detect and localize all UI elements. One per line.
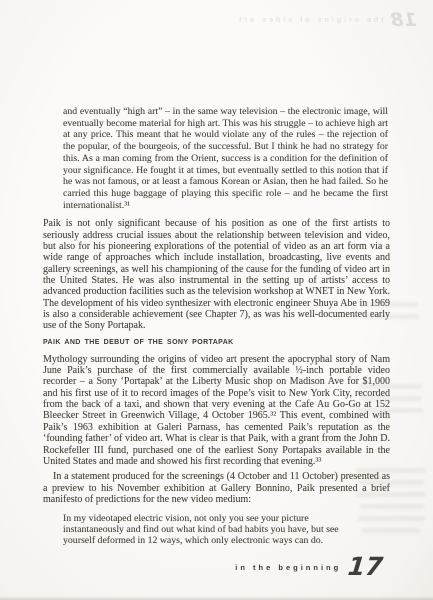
bleedthrough-line <box>357 516 425 521</box>
bleedthrough-line <box>360 396 422 401</box>
bleedthrough-line <box>356 492 426 497</box>
bleedthrough-line <box>360 504 424 509</box>
bleedthrough-line <box>362 314 420 319</box>
bleedthrough-line <box>358 480 424 485</box>
bleedthrough-line <box>358 384 422 389</box>
bleedthrough-line <box>366 302 418 307</box>
paragraph-paik-significance: Paik is not only significant because of … <box>43 218 390 331</box>
bleedthrough-line <box>356 468 426 473</box>
paragraph-portapak-mythology: Mythology surrounding the origins of vid… <box>43 354 390 467</box>
paragraph-screening-statement: In a statement produced for the screenin… <box>43 471 390 505</box>
bleedthrough-line <box>362 528 420 533</box>
bleedthrough-line <box>357 408 423 413</box>
closing-block-quote: In my videotaped electric vision, not on… <box>63 513 358 546</box>
opening-block-quote: and eventually “high art” – in the same … <box>63 106 388 211</box>
running-title: in the beginning <box>235 563 341 578</box>
section-heading: PAIK AND THE DEBUT OF THE SONY PORTAPAK <box>43 339 390 346</box>
bleedthrough-page-number: 18 <box>391 9 417 31</box>
book-page: 18 the origins of video art and eventual… <box>0 0 433 600</box>
page-text-block: and eventually “high art” – in the same … <box>43 0 390 546</box>
page-number: 17 <box>347 556 384 578</box>
page-footer: in the beginning 17 <box>235 556 383 578</box>
